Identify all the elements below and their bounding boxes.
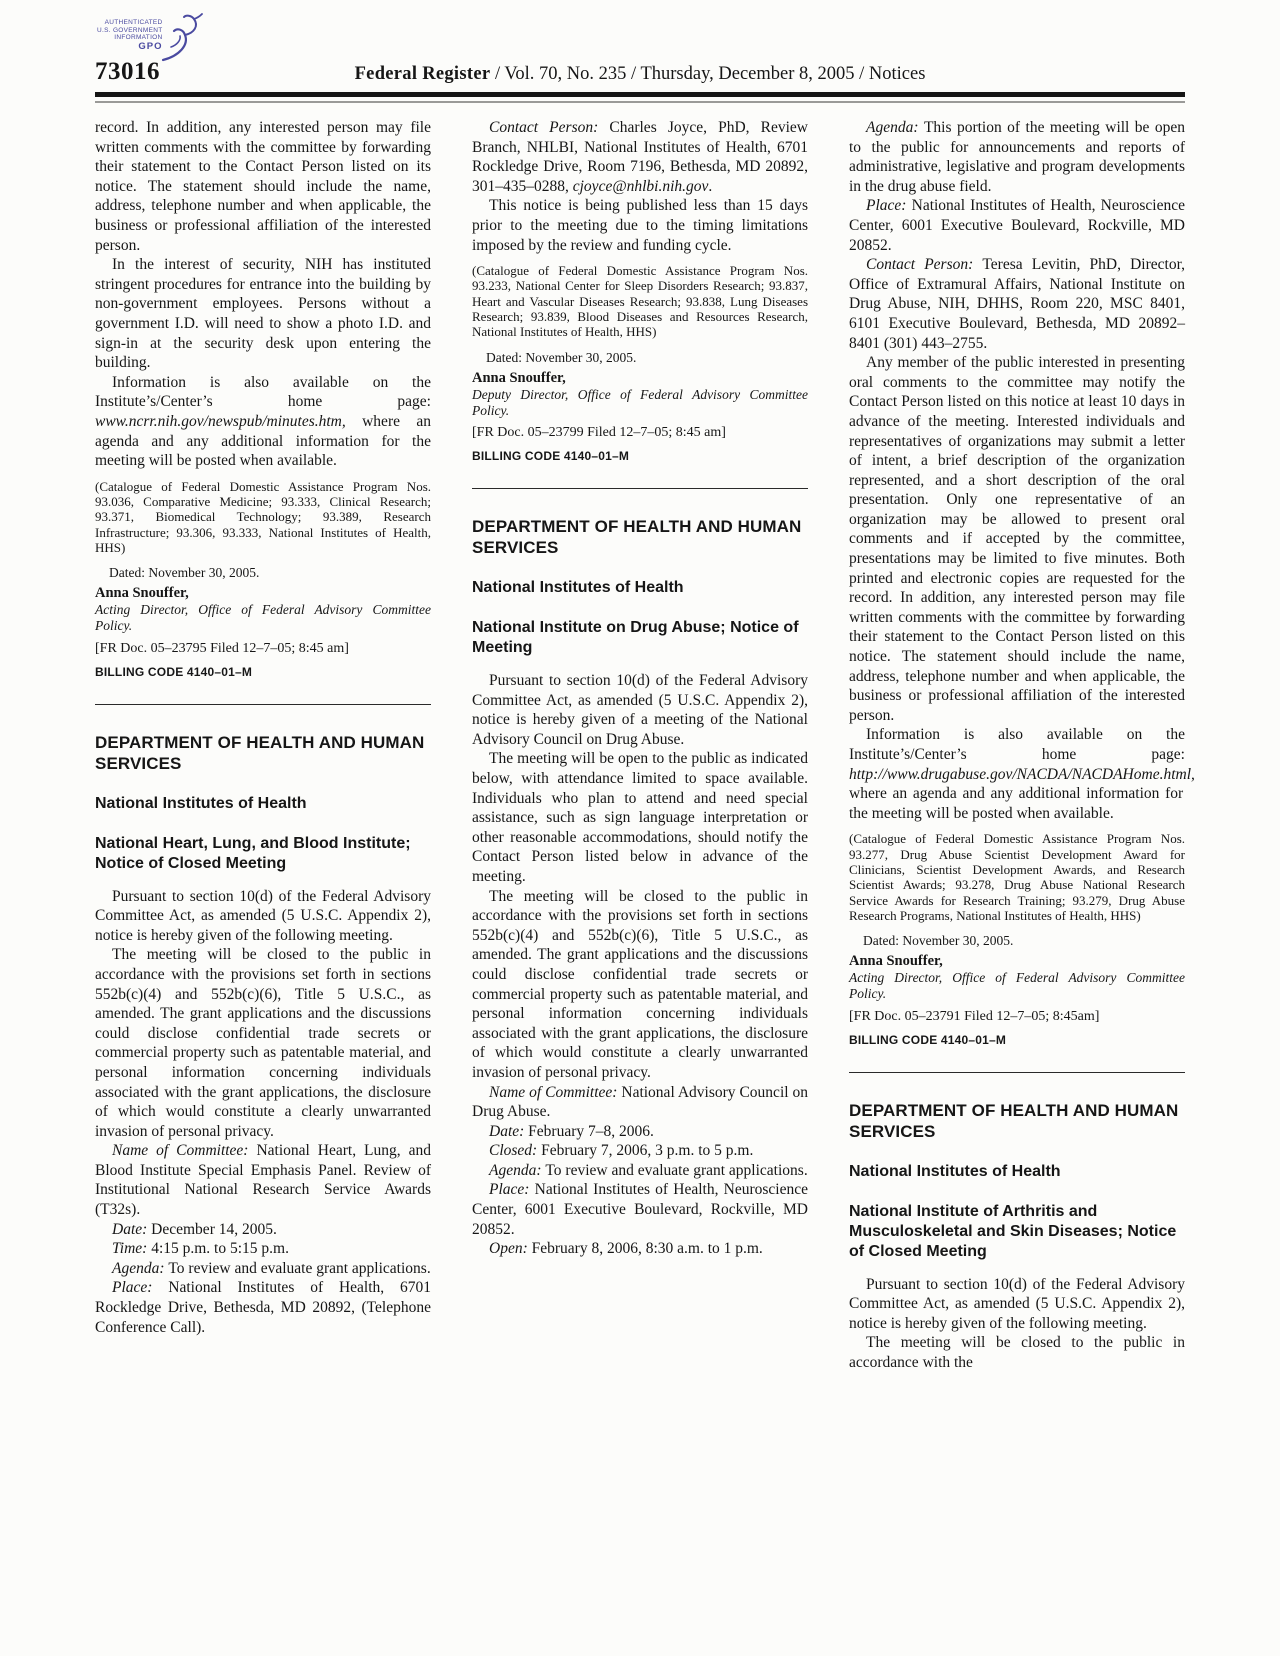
body-paragraph: Any member of the public interested in p… xyxy=(849,353,1185,725)
emphasis-text: Agenda: xyxy=(866,119,924,136)
column-1: record. In addition, any interested pers… xyxy=(95,118,431,1373)
text-run: In the interest of security, NIH has ins… xyxy=(95,256,431,371)
agency-heading: National Institutes of Health xyxy=(472,578,808,598)
column-3: Agenda: This portion of the meeting will… xyxy=(849,118,1185,1373)
text-run: Any member of the public interested in p… xyxy=(849,354,1185,724)
text-run: 4:15 p.m. to 5:15 p.m. xyxy=(151,1240,289,1257)
meeting-detail: Place: National Institutes of Health, Ne… xyxy=(849,196,1185,255)
masthead-issue-info: / Vol. 70, No. 235 / Thursday, December … xyxy=(490,64,925,84)
signature-name: Anna Snouffer, xyxy=(95,584,431,602)
text-run: February 8, 2006, 8:30 a.m. to 1 p.m. xyxy=(532,1240,763,1257)
emphasis-text: cjoyce@nhlbi.nih.gov xyxy=(573,178,709,195)
meeting-detail: Agenda: This portion of the meeting will… xyxy=(849,118,1185,196)
header-rule-thick xyxy=(95,92,1185,97)
catalogue-note: (Catalogue of Federal Domestic Assistanc… xyxy=(95,479,431,555)
emphasis-text: Name of Committee: xyxy=(112,1142,256,1159)
catalogue-note: (Catalogue of Federal Domestic Assistanc… xyxy=(849,831,1185,923)
emphasis-text: Date: xyxy=(112,1221,151,1238)
text-run: To review and evaluate grant application… xyxy=(168,1260,430,1277)
section-divider xyxy=(472,488,808,489)
notice-heading: National Heart, Lung, and Blood Institut… xyxy=(95,834,431,874)
emphasis-text: Contact Person: xyxy=(866,256,982,273)
gpo-logo-line: AUTHENTICATED xyxy=(97,19,163,27)
emphasis-text: Name of Committee: xyxy=(489,1084,621,1101)
emphasis-text: http://www.drugabuse.gov/NACDA/NACDAHome… xyxy=(849,766,1195,783)
body-paragraph: Information is also available on the Ins… xyxy=(849,725,1185,823)
meeting-detail: Open: February 8, 2006, 8:30 a.m. to 1 p… xyxy=(472,1239,808,1259)
meeting-detail: Agenda: To review and evaluate grant app… xyxy=(472,1161,808,1181)
text-run: December 14, 2005. xyxy=(151,1221,277,1238)
signature-title: Acting Director, Office of Federal Advis… xyxy=(849,970,1185,1002)
text-run: (Catalogue of Federal Domestic Assistanc… xyxy=(472,263,808,339)
emphasis-text: Open: xyxy=(489,1240,532,1257)
column-2: Contact Person: Charles Joyce, PhD, Revi… xyxy=(472,118,808,1373)
meeting-detail: Place: National Institutes of Health, Ne… xyxy=(472,1180,808,1239)
meeting-detail: Contact Person: Charles Joyce, PhD, Revi… xyxy=(472,118,808,196)
body-paragraph: The meeting will be closed to the public… xyxy=(849,1333,1185,1372)
gpo-logo-line: U.S. GOVERNMENT xyxy=(97,27,163,35)
signature-title: Acting Director, Office of Federal Advis… xyxy=(95,602,431,634)
meeting-detail: Closed: February 7, 2006, 3 p.m. to 5 p.… xyxy=(472,1141,808,1161)
signature-name: Anna Snouffer, xyxy=(472,369,808,387)
body-paragraph: In the interest of security, NIH has ins… xyxy=(95,255,431,373)
header-rule-thin xyxy=(95,101,1185,103)
text-run: record. In addition, any interested pers… xyxy=(95,119,431,254)
meeting-detail: Date: February 7–8, 2006. xyxy=(472,1122,808,1142)
text-run: The meeting will be closed to the public… xyxy=(849,1334,1185,1371)
section-divider xyxy=(95,704,431,705)
body-paragraph: Information is also available on the Ins… xyxy=(95,373,431,471)
body-paragraph: record. In addition, any interested pers… xyxy=(95,118,431,255)
body-paragraph: The meeting will be open to the public a… xyxy=(472,749,808,886)
emphasis-text: www.ncrr.nih.gov/newspub/minutes.htm, xyxy=(95,413,346,430)
department-heading: DEPARTMENT OF HEALTH AND HUMAN SERVICES xyxy=(95,732,431,774)
text-run: This notice is being published less than… xyxy=(472,197,808,253)
text-run: where an agenda and any additional infor… xyxy=(849,785,1183,822)
emphasis-text: Agenda: xyxy=(489,1162,545,1179)
body-paragraph: Pursuant to section 10(d) of the Federal… xyxy=(95,887,431,946)
masthead: Federal Register / Vol. 70, No. 235 / Th… xyxy=(95,64,1185,85)
body-paragraph: This notice is being published less than… xyxy=(472,196,808,255)
dated-line: Dated: November 30, 2005. xyxy=(95,564,431,581)
emphasis-text: Contact Person: xyxy=(489,119,609,136)
text-run: The meeting will be open to the public a… xyxy=(472,750,808,885)
federal-register-page: AUTHENTICATED U.S. GOVERNMENT INFORMATIO… xyxy=(0,0,1280,1656)
meeting-detail: Name of Committee: National Heart, Lung,… xyxy=(95,1141,431,1219)
dated-line: Dated: November 30, 2005. xyxy=(472,349,808,366)
body-paragraph: Pursuant to section 10(d) of the Federal… xyxy=(849,1275,1185,1334)
text-run: To review and evaluate grant application… xyxy=(545,1162,807,1179)
notice-columns: record. In addition, any interested pers… xyxy=(95,118,1185,1373)
meeting-detail: Date: December 14, 2005. xyxy=(95,1220,431,1240)
notice-heading: National Institute of Arthritis and Musc… xyxy=(849,1202,1185,1262)
gpo-eagle-icon xyxy=(157,13,203,63)
text-run: Pursuant to section 10(d) of the Federal… xyxy=(849,1276,1185,1332)
body-paragraph: Pursuant to section 10(d) of the Federal… xyxy=(472,671,808,749)
text-run: Information is also available on the Ins… xyxy=(849,726,1185,763)
emphasis-text: Place: xyxy=(112,1279,168,1296)
text-run: The meeting will be closed to the public… xyxy=(472,888,808,1081)
text-run: The meeting will be closed to the public… xyxy=(95,946,431,1139)
body-paragraph: The meeting will be closed to the public… xyxy=(95,945,431,1141)
section-divider xyxy=(849,1072,1185,1073)
department-heading: DEPARTMENT OF HEALTH AND HUMAN SERVICES xyxy=(472,516,808,558)
dated-line: Dated: November 30, 2005. xyxy=(849,932,1185,949)
text-run: February 7–8, 2006. xyxy=(528,1123,654,1140)
masthead-title: Federal Register xyxy=(355,64,491,84)
text-run: Information is also available on the Ins… xyxy=(95,374,431,411)
meeting-detail: Agenda: To review and evaluate grant app… xyxy=(95,1259,431,1279)
page-header: AUTHENTICATED U.S. GOVERNMENT INFORMATIO… xyxy=(95,0,1185,118)
emphasis-text: Time: xyxy=(112,1240,151,1257)
gpo-acronym: GPO xyxy=(97,43,163,51)
billing-code: BILLING CODE 4140–01–M xyxy=(849,1033,1185,1047)
text-run: . xyxy=(708,178,712,195)
masthead-row: 73016 Federal Register / Vol. 70, No. 23… xyxy=(95,58,1185,88)
emphasis-text: Closed: xyxy=(489,1142,541,1159)
agency-heading: National Institutes of Health xyxy=(95,794,431,814)
fr-doc-line: [FR Doc. 05–23791 Filed 12–7–05; 8:45am] xyxy=(849,1008,1185,1025)
meeting-detail: Contact Person: Teresa Levitin, PhD, Dir… xyxy=(849,255,1185,353)
department-heading: DEPARTMENT OF HEALTH AND HUMAN SERVICES xyxy=(849,1100,1185,1142)
text-run: (Catalogue of Federal Domestic Assistanc… xyxy=(849,831,1185,922)
text-run: Pursuant to section 10(d) of the Federal… xyxy=(95,888,431,944)
billing-code: BILLING CODE 4140–01–M xyxy=(472,449,808,463)
text-run: (Catalogue of Federal Domestic Assistanc… xyxy=(95,479,431,555)
emphasis-text: Place: xyxy=(866,197,912,214)
billing-code: BILLING CODE 4140–01–M xyxy=(95,665,431,679)
text-run: February 7, 2006, 3 p.m. to 5 p.m. xyxy=(541,1142,753,1159)
gpo-authenticated-logo: AUTHENTICATED U.S. GOVERNMENT INFORMATIO… xyxy=(97,13,203,63)
fr-doc-line: [FR Doc. 05–23795 Filed 12–7–05; 8:45 am… xyxy=(95,640,431,657)
signature-name: Anna Snouffer, xyxy=(849,952,1185,970)
gpo-logo-text: AUTHENTICATED U.S. GOVERNMENT INFORMATIO… xyxy=(97,13,163,50)
emphasis-text: Agenda: xyxy=(112,1260,168,1277)
meeting-detail: Place: National Institutes of Health, 67… xyxy=(95,1278,431,1337)
meeting-detail: Time: 4:15 p.m. to 5:15 p.m. xyxy=(95,1239,431,1259)
text-run: Pursuant to section 10(d) of the Federal… xyxy=(472,672,808,748)
signature-title: Deputy Director, Office of Federal Advis… xyxy=(472,387,808,419)
meeting-detail: Name of Committee: National Advisory Cou… xyxy=(472,1083,808,1122)
catalogue-note: (Catalogue of Federal Domestic Assistanc… xyxy=(472,263,808,339)
agency-heading: National Institutes of Health xyxy=(849,1162,1185,1182)
emphasis-text: Place: xyxy=(489,1181,535,1198)
fr-doc-line: [FR Doc. 05–23799 Filed 12–7–05; 8:45 am… xyxy=(472,424,808,441)
body-paragraph: The meeting will be closed to the public… xyxy=(472,887,808,1083)
notice-heading: National Institute on Drug Abuse; Notice… xyxy=(472,618,808,658)
emphasis-text: Date: xyxy=(489,1123,528,1140)
